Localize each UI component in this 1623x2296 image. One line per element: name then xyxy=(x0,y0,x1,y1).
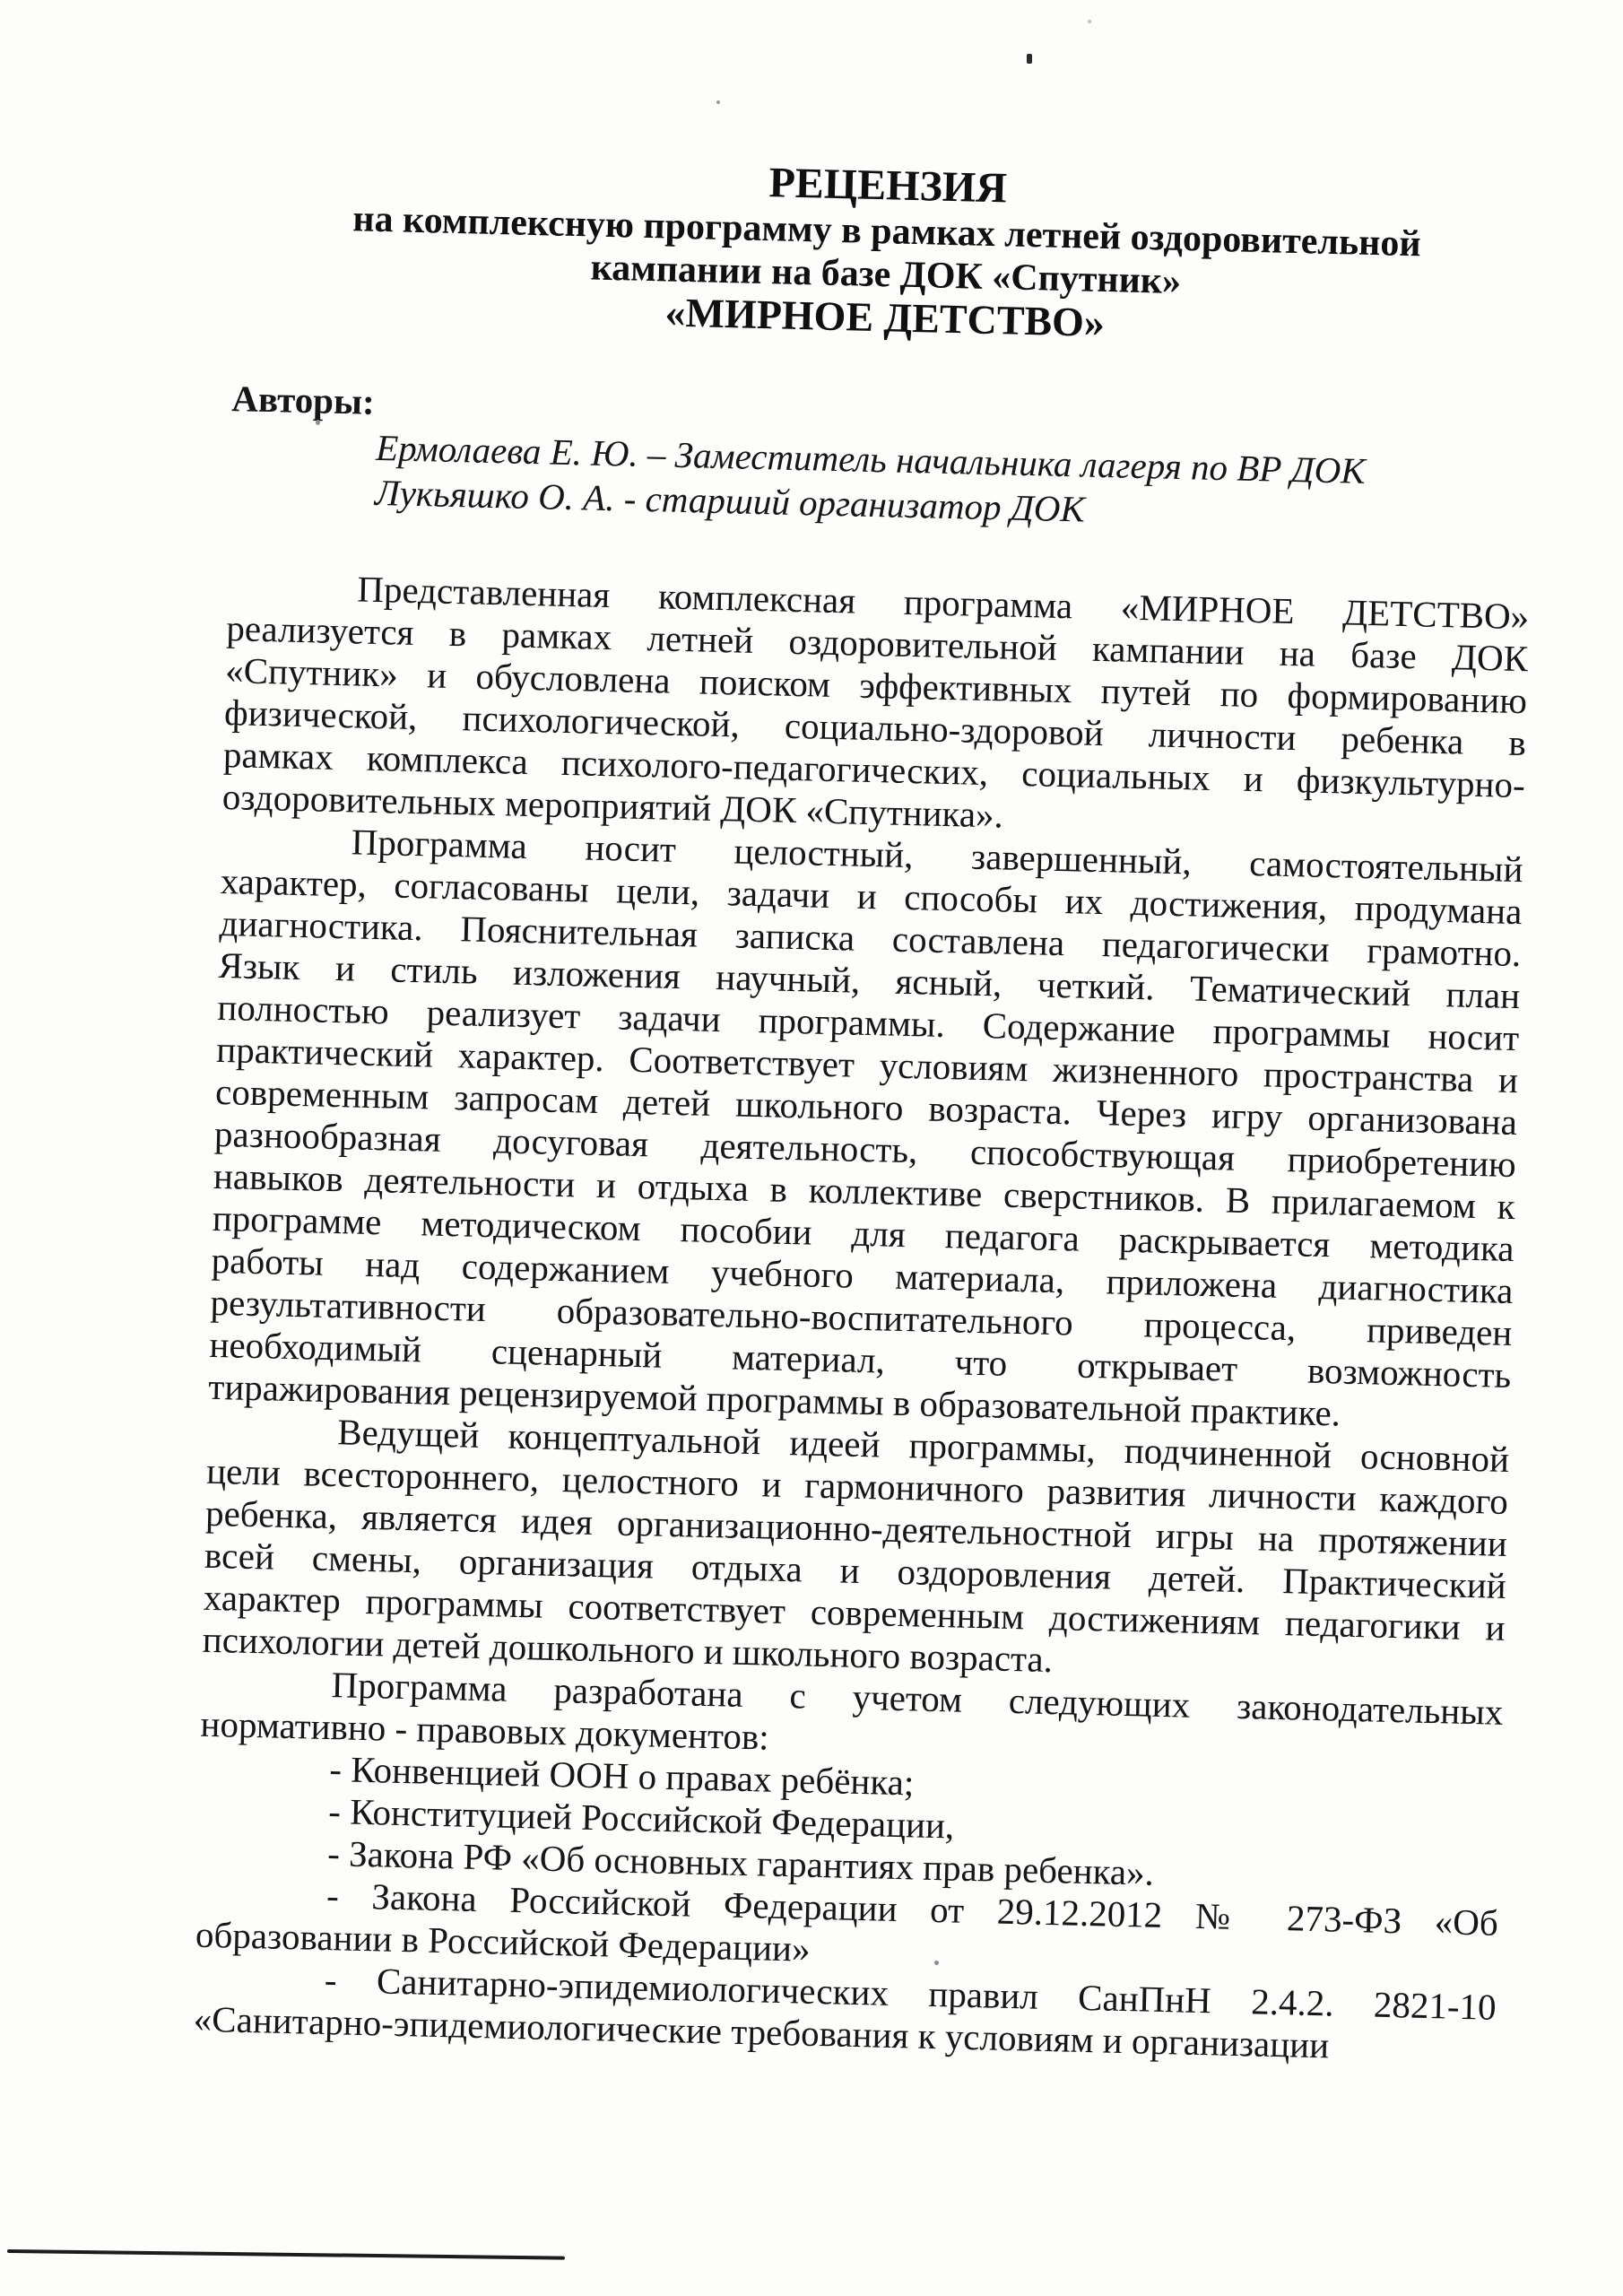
document-body: Представленная комплексная программа «МИ… xyxy=(193,565,1529,2071)
scan-speck xyxy=(1088,20,1091,23)
scanned-document-page: РЕЦЕНЗИЯ на комплексную программу в рамк… xyxy=(0,0,1623,2296)
ink-line-artifact xyxy=(7,2249,565,2260)
scan-speck xyxy=(1027,54,1032,64)
scan-speck xyxy=(316,420,320,425)
document-content: РЕЦЕНЗИЯ на комплексную программу в рамк… xyxy=(193,146,1539,2071)
scan-speck xyxy=(934,1961,939,1965)
scan-speck xyxy=(716,100,720,104)
document-heading: РЕЦЕНЗИЯ на комплексную программу в рамк… xyxy=(233,146,1539,354)
